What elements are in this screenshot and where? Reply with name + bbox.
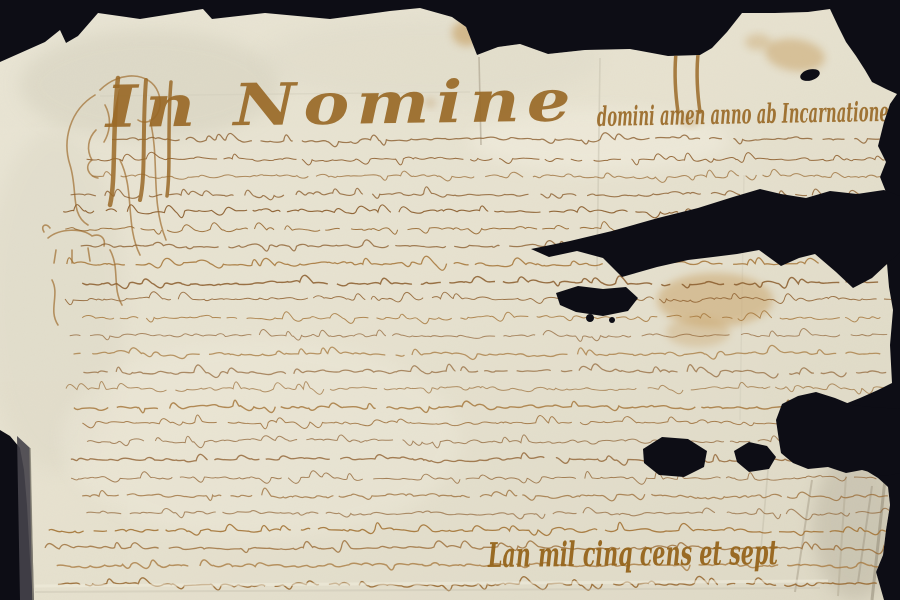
tear-dot <box>586 314 594 322</box>
charter-photograph: In Nomine domini amen anno ab Incarnatio… <box>0 0 900 600</box>
heading-text-large: In Nomine <box>103 66 578 141</box>
heading-text-small: domini amen anno ab Incarnatione <box>597 97 889 133</box>
year-text: Lan mil cinq cens et sept <box>487 533 778 576</box>
tear-dot <box>609 317 615 323</box>
